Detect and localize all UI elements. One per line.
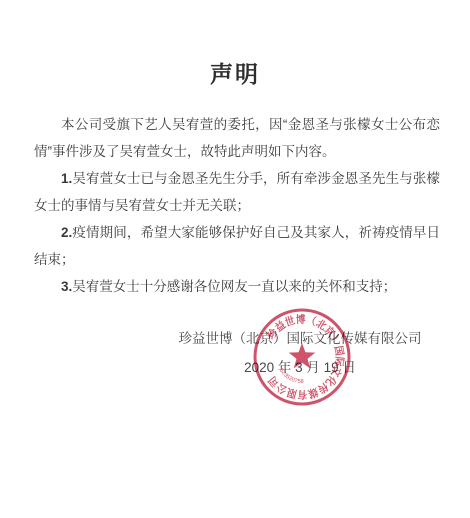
item-number: 1. bbox=[61, 171, 72, 186]
item-text: 吴宥萱女士已与金恩圣先生分手，所有牵涉金恩圣先生与张檬女士的事情与吴宥萱女士并无… bbox=[34, 171, 440, 213]
statement-page: 声明 本公司受旗下艺人吴宥萱的委托，因“金恩圣与张檬女士公布恋情”事件涉及了吴宥… bbox=[0, 0, 470, 518]
company-name: 珍益世博（北京）国际文化传媒有限公司 bbox=[130, 330, 470, 348]
statement-body: 本公司受旗下艺人吴宥萱的委托，因“金恩圣与张檬女士公布恋情”事件涉及了吴宥萱女士… bbox=[34, 111, 440, 300]
signature-block: 珍益世博（北京）国际文化传媒有限公司 2020 年 3 月 19 日 bbox=[130, 330, 470, 377]
intro-paragraph: 本公司受旗下艺人吴宥萱的委托，因“金恩圣与张檬女士公布恋情”事件涉及了吴宥萱女士… bbox=[34, 111, 440, 165]
statement-item-2: 2.疫情期间，希望大家能够保护好自己及其家人，祈祷疫情早日结束； bbox=[34, 219, 440, 273]
item-number: 3. bbox=[61, 279, 72, 294]
statement-item-1: 1.吴宥萱女士已与金恩圣先生分手，所有牵涉金恩圣先生与张檬女士的事情与吴宥萱女士… bbox=[34, 165, 440, 219]
page-title: 声明 bbox=[0, 56, 470, 89]
statement-item-3: 3.吴宥萱女士十分感谢各位网友一直以来的关怀和支持； bbox=[34, 273, 440, 300]
item-number: 2. bbox=[61, 225, 72, 240]
statement-date: 2020 年 3 月 19 日 bbox=[130, 359, 470, 377]
item-text: 疫情期间，希望大家能够保护好自己及其家人，祈祷疫情早日结束； bbox=[34, 225, 440, 267]
item-text: 吴宥萱女士十分感谢各位网友一直以来的关怀和支持； bbox=[72, 279, 396, 294]
